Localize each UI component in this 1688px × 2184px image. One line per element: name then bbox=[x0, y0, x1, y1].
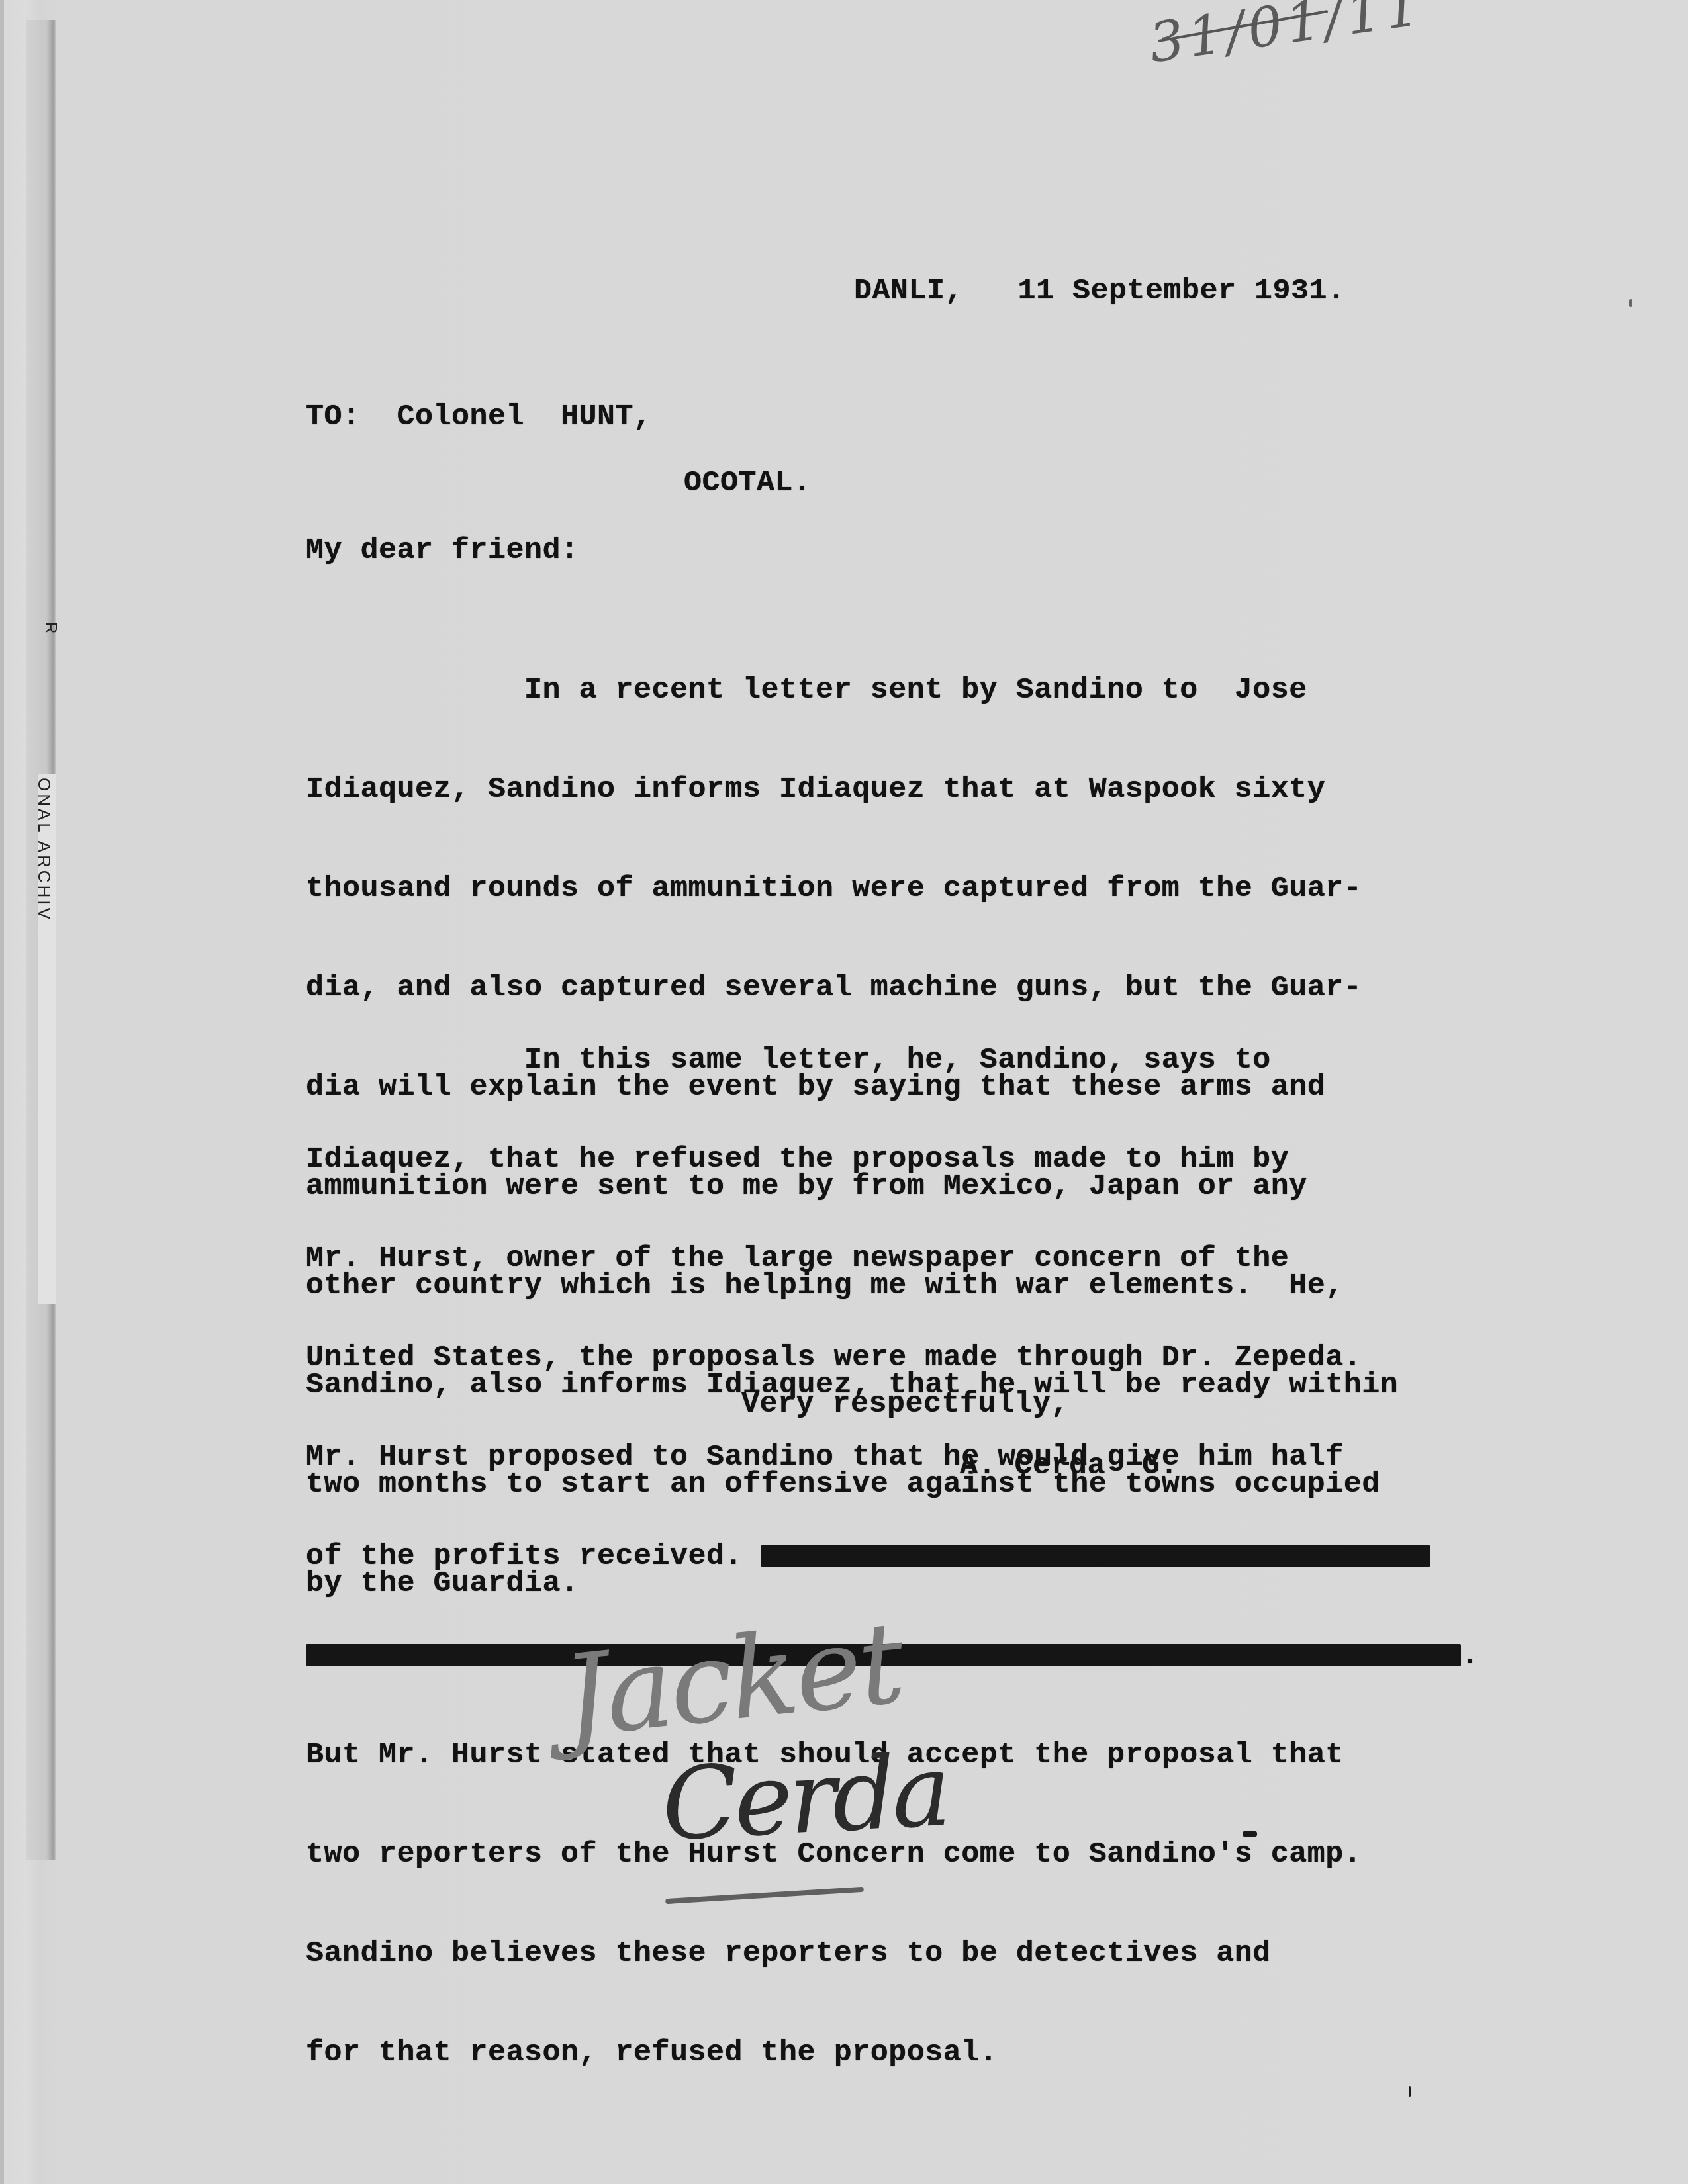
paragraph-line: In a recent letter sent by Sandino to Jo… bbox=[306, 674, 1398, 707]
typed-signature: A. Cerda G. bbox=[960, 1449, 1178, 1482]
paragraph-line-with-strike: of the profits received. bbox=[306, 1540, 1479, 1573]
closing: Very respectfully, bbox=[741, 1388, 1069, 1421]
paragraph-line: United States, the proposals were made t… bbox=[306, 1342, 1479, 1375]
salutation: My dear friend: bbox=[306, 534, 579, 567]
ink-speck bbox=[1409, 2086, 1411, 2097]
handwritten-signature: Jacket Cerda bbox=[503, 1602, 1099, 1919]
paragraph-line: Sandino believes these reporters to be d… bbox=[306, 1937, 1479, 1970]
recipient-line: TO: Colonel HUNT, bbox=[306, 400, 652, 433]
paragraph-line: In this same letter, he, Sandino, says t… bbox=[306, 1044, 1479, 1077]
paragraph-line: Idiaquez, that he refused the proposals … bbox=[306, 1143, 1479, 1176]
paragraph-line: thousand rounds of ammunition were captu… bbox=[306, 872, 1398, 905]
place-date: DANLI, 11 September 1931. bbox=[854, 275, 1346, 308]
paragraph-line: for that reason, refused the proposal. bbox=[306, 2036, 1479, 2070]
signature-underline bbox=[665, 1887, 864, 1904]
paragraph-line: Idiaquez, Sandino informs Idiaquez that … bbox=[306, 773, 1398, 806]
scanned-page: R ONAL ARCHIV 31/01/11 DANLI, 11 Septemb… bbox=[0, 0, 1688, 2184]
recipient-location: OCOTAL. bbox=[684, 467, 812, 500]
paragraph-line: of the profits received. bbox=[306, 1539, 743, 1573]
page-edge bbox=[0, 0, 4, 2184]
struck-out-text bbox=[761, 1545, 1430, 1567]
ink-speck bbox=[1629, 299, 1632, 307]
paragraph-2: In this same letter, he, Sandino, says t… bbox=[306, 978, 1479, 2136]
pencil-annotation: 31/01/11 bbox=[1145, 0, 1427, 75]
strike-end-punct: . bbox=[1461, 1639, 1479, 1672]
archive-margin-label: ONAL ARCHIV bbox=[34, 778, 54, 922]
archive-prefix-label: R bbox=[41, 622, 60, 633]
paragraph-line: Mr. Hurst, owner of the large newspaper … bbox=[306, 1242, 1479, 1275]
paragraph-line: Mr. Hurst proposed to Sandino that he wo… bbox=[306, 1441, 1479, 1474]
ink-speck bbox=[1243, 1831, 1257, 1837]
handwritten-word-2: Cerda bbox=[659, 1733, 950, 1863]
